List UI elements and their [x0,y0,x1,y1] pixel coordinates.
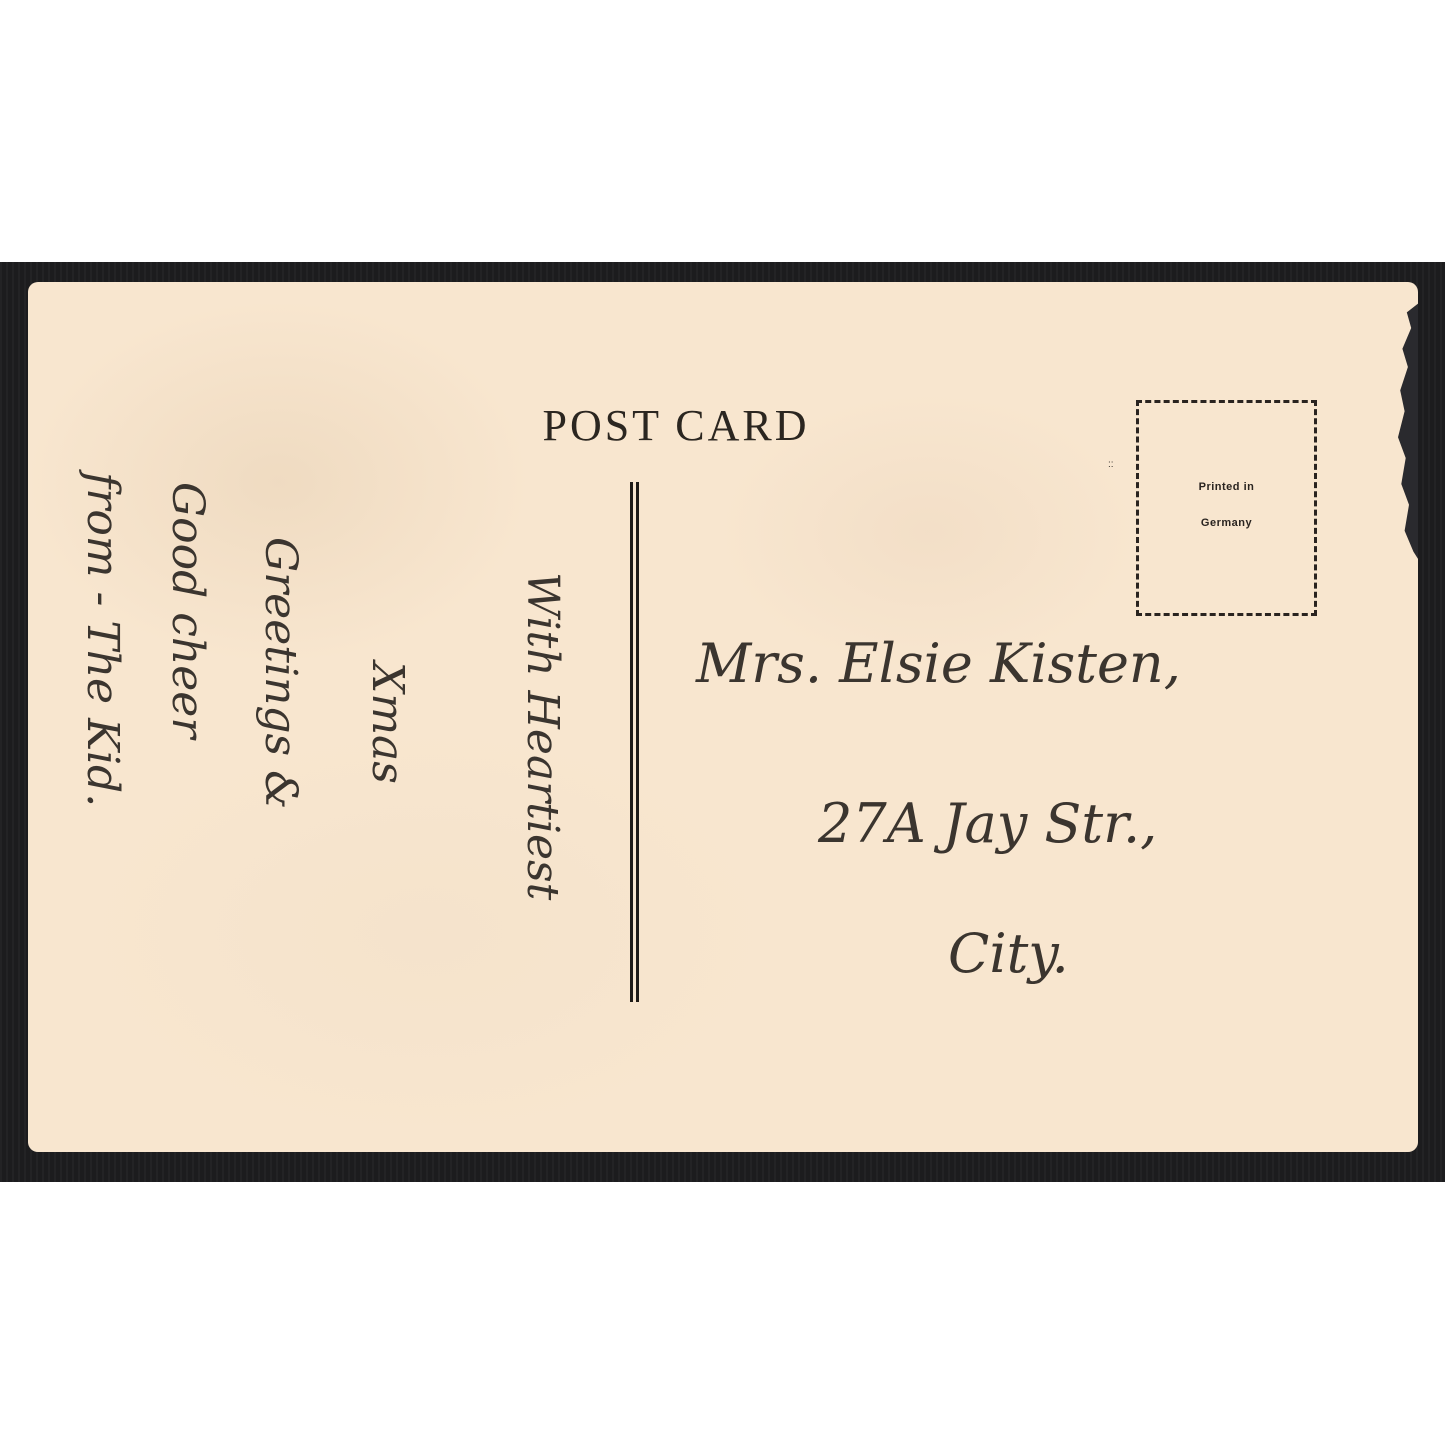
center-divider-line [630,482,640,1002]
message-line-1: With Heartiest [517,572,568,900]
address-recipient: Mrs. Elsie Kisten, [696,632,1181,695]
address-street: 27A Jay Str., [818,792,1157,855]
message-line-2: Xmas [362,662,413,784]
message-line-5: from - The Kid. [77,472,128,807]
postcard-back: POST CARD :: Printed in Germany Mrs. Els… [28,282,1418,1152]
address-city: City. [948,922,1069,985]
message-line-4: Good cheer [162,482,213,738]
stamp-box-text-printed-in: Printed in [1139,481,1314,493]
postcard-header: POST CARD [486,400,866,451]
torn-edge-damage [1398,302,1418,562]
stamp-box-text-country: Germany [1139,517,1314,529]
message-line-3: Greetings & [255,537,306,809]
stamp-box: Printed in Germany [1136,400,1317,616]
stamp-guide-marks: :: [1108,460,1114,490]
